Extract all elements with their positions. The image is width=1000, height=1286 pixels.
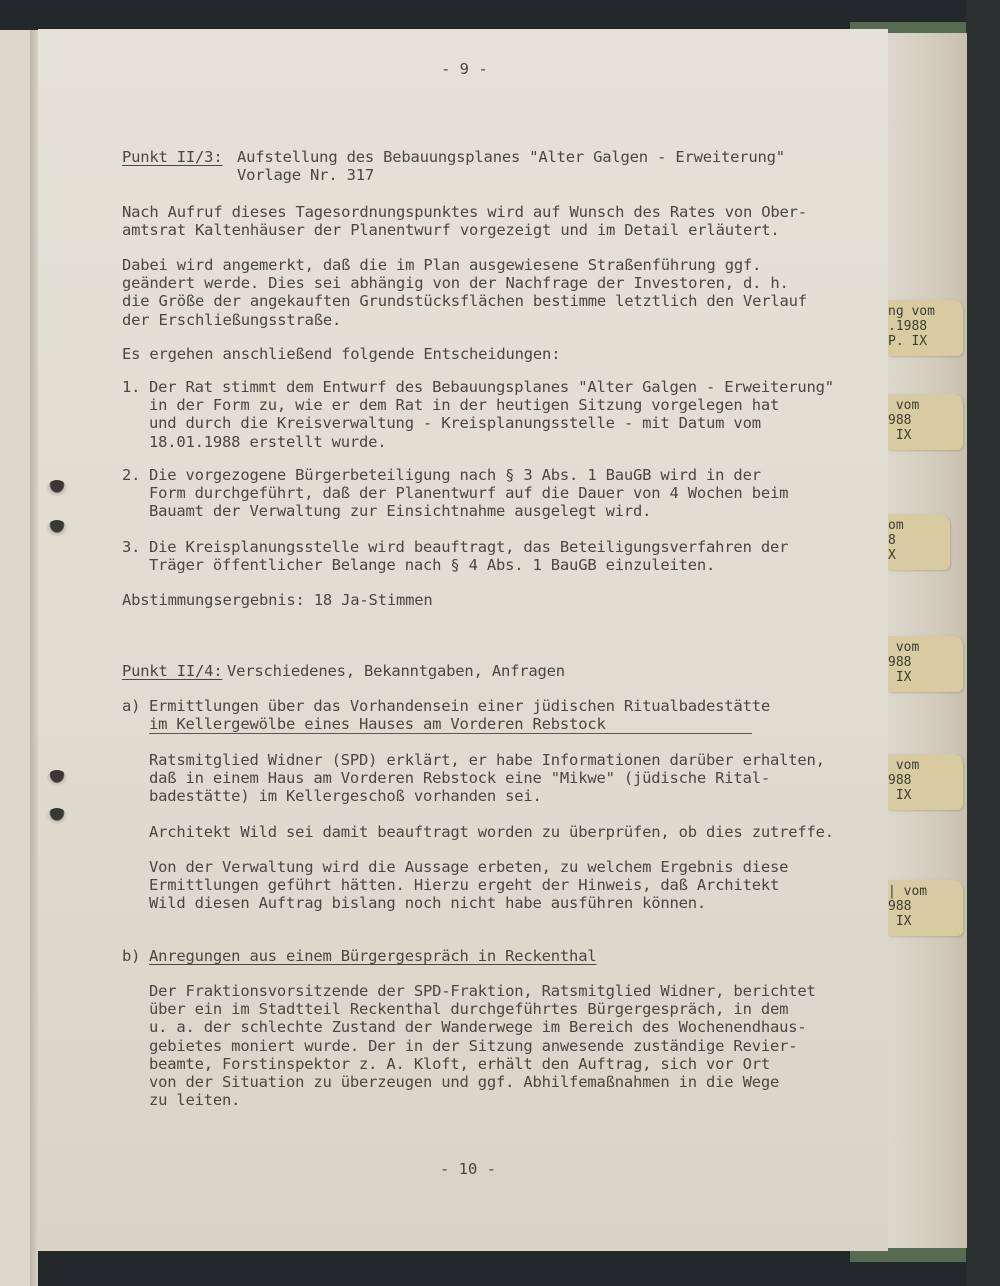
subitem-a-title: im Kellergewölbe eines Hauses am Vordere… [149, 715, 606, 733]
subitem-a-paragraph: Architekt Wild sei damit beauftragt word… [149, 823, 834, 841]
punch-hole [47, 520, 67, 536]
subitem-a-marker: a) [122, 697, 140, 715]
subitem-a-paragraph: Ratsmitglied Widner (SPD) erklärt, er ha… [149, 751, 825, 806]
subitem-b-marker: b) [122, 947, 140, 965]
vote-result: Abstimmungsergebnis: 18 Ja-Stimmen [122, 591, 432, 609]
index-tab[interactable]: om 8 X [888, 514, 950, 570]
item-4-title: Verschiedenes, Bekanntgaben, Anfragen [227, 662, 565, 680]
subitem-b-title: Anregungen aus einem Bürgergespräch in R… [149, 947, 596, 965]
subitem-a-underline [149, 733, 752, 734]
page-gutter [30, 30, 38, 1286]
item-3-label: Punkt II/3: [122, 148, 222, 166]
index-tab[interactable]: vom 988 IX [888, 754, 963, 810]
subitem-a-title: Ermittlungen über das Vorhandensein eine… [149, 697, 770, 715]
item-3-paragraph: Nach Aufruf dieses Tagesordnungspunktes … [122, 203, 807, 239]
decision-number: 2. [122, 466, 140, 484]
decision-text: Die vorgezogene Bürgerbeteiligung nach §… [149, 466, 788, 521]
subitem-a-paragraph: Von der Verwaltung wird die Aussage erbe… [149, 858, 788, 913]
index-tab[interactable]: vom 988 IX [888, 636, 963, 692]
punch-hole [47, 480, 67, 496]
page-number-bottom: - 10 - [440, 1160, 496, 1178]
index-tab[interactable]: | vom 988 IX [888, 880, 963, 936]
punch-hole [47, 770, 67, 786]
item-3-title: Aufstellung des Bebauungsplanes "Alter G… [237, 148, 785, 166]
page-number-top: - 9 - [441, 60, 488, 78]
index-tab[interactable]: vom 988 IX [888, 394, 963, 450]
decision-text: Die Kreisplanungsstelle wird beauftragt,… [149, 538, 788, 574]
item-3-paragraph: Dabei wird angemerkt, daß die im Plan au… [122, 256, 807, 329]
decision-number: 3. [122, 538, 140, 556]
index-tab[interactable]: ng vom .1988 P. IX [888, 300, 963, 356]
item-3-paragraph: Es ergehen anschließend folgende Entsche… [122, 345, 560, 363]
decision-text: Der Rat stimmt dem Entwurf des Bebauungs… [149, 378, 834, 451]
decision-number: 1. [122, 378, 140, 396]
punch-hole [47, 808, 67, 824]
item-4-label: Punkt II/4: [122, 662, 222, 680]
binder-spine [966, 0, 1000, 1286]
item-3-reference: Vorlage Nr. 317 [237, 166, 374, 184]
subitem-b-paragraph: Der Fraktionsvorsitzende der SPD-Fraktio… [149, 982, 816, 1109]
previous-page-edge [0, 30, 32, 1286]
